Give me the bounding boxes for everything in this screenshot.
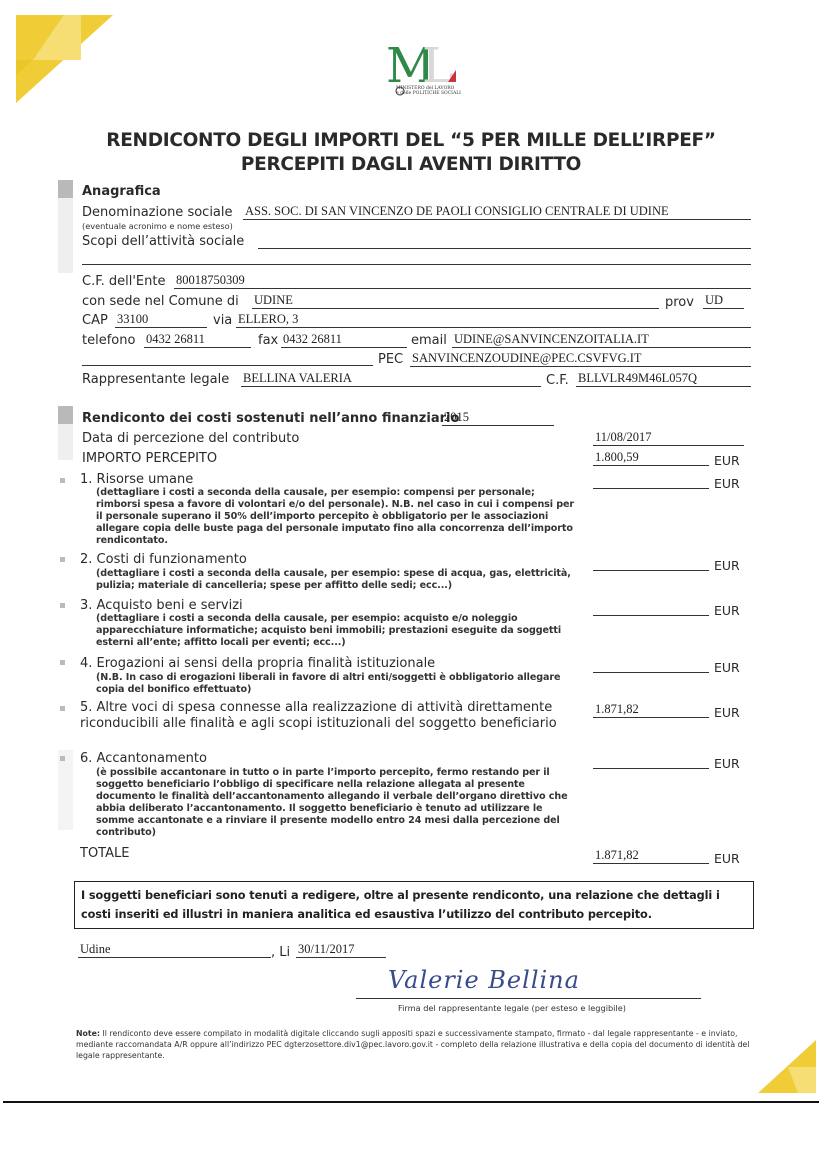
email-label: email <box>411 333 447 349</box>
scopi-label: Scopi dell’attività sociale <box>82 234 244 250</box>
data-percezione-label: Data di percezione del contributo <box>82 431 299 447</box>
item-bullet-icon <box>60 557 65 562</box>
item-description: (è possibile accantonare in tutto o in p… <box>96 767 582 839</box>
importo-field[interactable]: 1.800,59 <box>593 450 709 466</box>
item-title-erogazioni: 4. Erogazioni ai sensi della propria fin… <box>80 656 435 672</box>
page-subtitle: PERCEPITI DAGLI AVENTI DIRITTO <box>0 154 822 175</box>
comune-label: con sede nel Comune di <box>82 294 239 310</box>
item-bullet-icon <box>60 706 65 711</box>
cf-ente-label: C.F. dell'Ente <box>82 274 165 290</box>
item-title-costi-funzionamento: 2. Costi di funzionamento <box>80 552 247 568</box>
denominazione-label: Denominazione sociale <box>82 205 233 221</box>
signature-line[interactable] <box>356 998 701 999</box>
section-marker <box>58 180 73 198</box>
item-value-field[interactable] <box>593 473 709 489</box>
item-bullet-icon <box>60 478 65 483</box>
currency-label: EUR <box>714 476 740 492</box>
telefono-label: telefono <box>82 333 135 349</box>
item-description: (N.B. In caso di erogazioni liberali in … <box>96 672 582 696</box>
anno-field[interactable]: 2015 <box>442 410 554 426</box>
fax-field[interactable]: 0432 26811 <box>281 332 407 348</box>
item-title-risorse-umane: 1. Risorse umane <box>80 472 193 488</box>
rappresentante-field[interactable]: BELLINA VALERIA <box>241 371 541 387</box>
item-value-field[interactable] <box>593 555 709 571</box>
scopi-field[interactable] <box>258 233 751 249</box>
section-title-anagrafica: Anagrafica <box>82 184 161 200</box>
currency-label: EUR <box>714 558 740 574</box>
fax-label: fax <box>258 333 278 349</box>
section-marker <box>58 406 73 424</box>
item-bullet-icon <box>60 603 65 608</box>
decorative-corner-triangle-icon <box>16 15 113 103</box>
via-label: via <box>213 313 232 329</box>
item-description: (dettagliare i costi a seconda della cau… <box>96 568 582 592</box>
item-value-field[interactable]: 1.871,82 <box>593 702 709 718</box>
cap-field[interactable]: 33100 <box>115 312 207 328</box>
cf-rapp-field[interactable]: BLLVLR49M46L057Q <box>576 371 751 387</box>
item-value-field[interactable] <box>593 753 709 769</box>
section-side-strip <box>58 750 73 830</box>
rappresentante-label: Rappresentante legale <box>82 372 229 388</box>
item-value-field[interactable] <box>593 600 709 616</box>
section-side-strip <box>58 198 73 273</box>
section-side-strip <box>58 424 73 460</box>
data-percezione-field[interactable]: 11/08/2017 <box>593 430 744 446</box>
item-description: (dettagliare i costi a seconda della cau… <box>96 613 582 649</box>
totale-field[interactable]: 1.871,82 <box>593 848 709 864</box>
li-label: , Li <box>271 945 290 961</box>
item-value-field[interactable] <box>593 657 709 673</box>
notice-box: I soggetti beneficiari sono tenuti a red… <box>74 881 754 929</box>
scopi-field-line2[interactable] <box>82 264 751 265</box>
item-bullet-icon <box>60 756 65 761</box>
footer-note: Note: Il rendiconto deve essere compilat… <box>76 1028 756 1061</box>
item-description: (dettagliare i costi a seconda della cau… <box>96 487 582 547</box>
telefono-field[interactable]: 0432 26811 <box>144 332 251 348</box>
totale-label: TOTALE <box>80 846 129 862</box>
currency-label: EUR <box>714 453 740 469</box>
pec-label: PEC <box>378 352 403 368</box>
decorative-corner-triangle-icon <box>758 1040 816 1093</box>
page-title: RENDICONTO DEGLI IMPORTI DEL “5 PER MILL… <box>0 130 822 151</box>
denominazione-field[interactable]: ASS. SOC. DI SAN VINCENZO DE PAOLI CONSI… <box>243 204 751 220</box>
item-bullet-icon <box>60 660 65 665</box>
cf-ente-field[interactable]: 80018750309 <box>174 273 751 289</box>
via-field[interactable]: ELLERO, 3 <box>236 312 751 328</box>
page-bottom-rule <box>3 1101 819 1103</box>
cf-rapp-label: C.F. <box>546 373 569 389</box>
item-title-altre-voci: 5. Altre voci di spesa connesse alla rea… <box>80 700 585 732</box>
cap-label: CAP <box>82 313 108 329</box>
email-field[interactable]: UDINE@SANVINCENZOITALIA.IT <box>452 332 751 348</box>
pec-prefix-line <box>82 365 373 366</box>
currency-label: EUR <box>714 603 740 619</box>
date-field[interactable]: 30/11/2017 <box>296 942 386 958</box>
signature: Valerie Bellina <box>388 966 580 994</box>
currency-label: EUR <box>714 756 740 772</box>
currency-label: EUR <box>714 705 740 721</box>
ministry-name: MINISTERO del LAVORO e delle POLITICHE S… <box>396 86 461 96</box>
item-title-acquisto-beni: 3. Acquisto beni e servizi <box>80 598 243 614</box>
item-title-accantonamento: 6. Accantonamento <box>80 751 207 767</box>
signature-caption: Firma del rappresentante legale (per est… <box>398 1003 626 1013</box>
prov-field[interactable]: UD <box>703 293 744 309</box>
currency-label: EUR <box>714 660 740 676</box>
denominazione-hint: (eventuale acronimo e nome esteso) <box>82 221 233 231</box>
comune-field[interactable]: UDINE <box>252 293 659 309</box>
prov-label: prov <box>665 295 694 311</box>
place-field[interactable]: Udine <box>78 942 271 958</box>
pec-field[interactable]: SANVINCENZOUDINE@PEC.CSVFVG.IT <box>410 351 751 367</box>
currency-label: EUR <box>714 851 740 867</box>
importo-label: IMPORTO PERCEPITO <box>82 451 217 467</box>
section-title-rendiconto: Rendiconto dei costi sostenuti nell’anno… <box>82 411 459 427</box>
